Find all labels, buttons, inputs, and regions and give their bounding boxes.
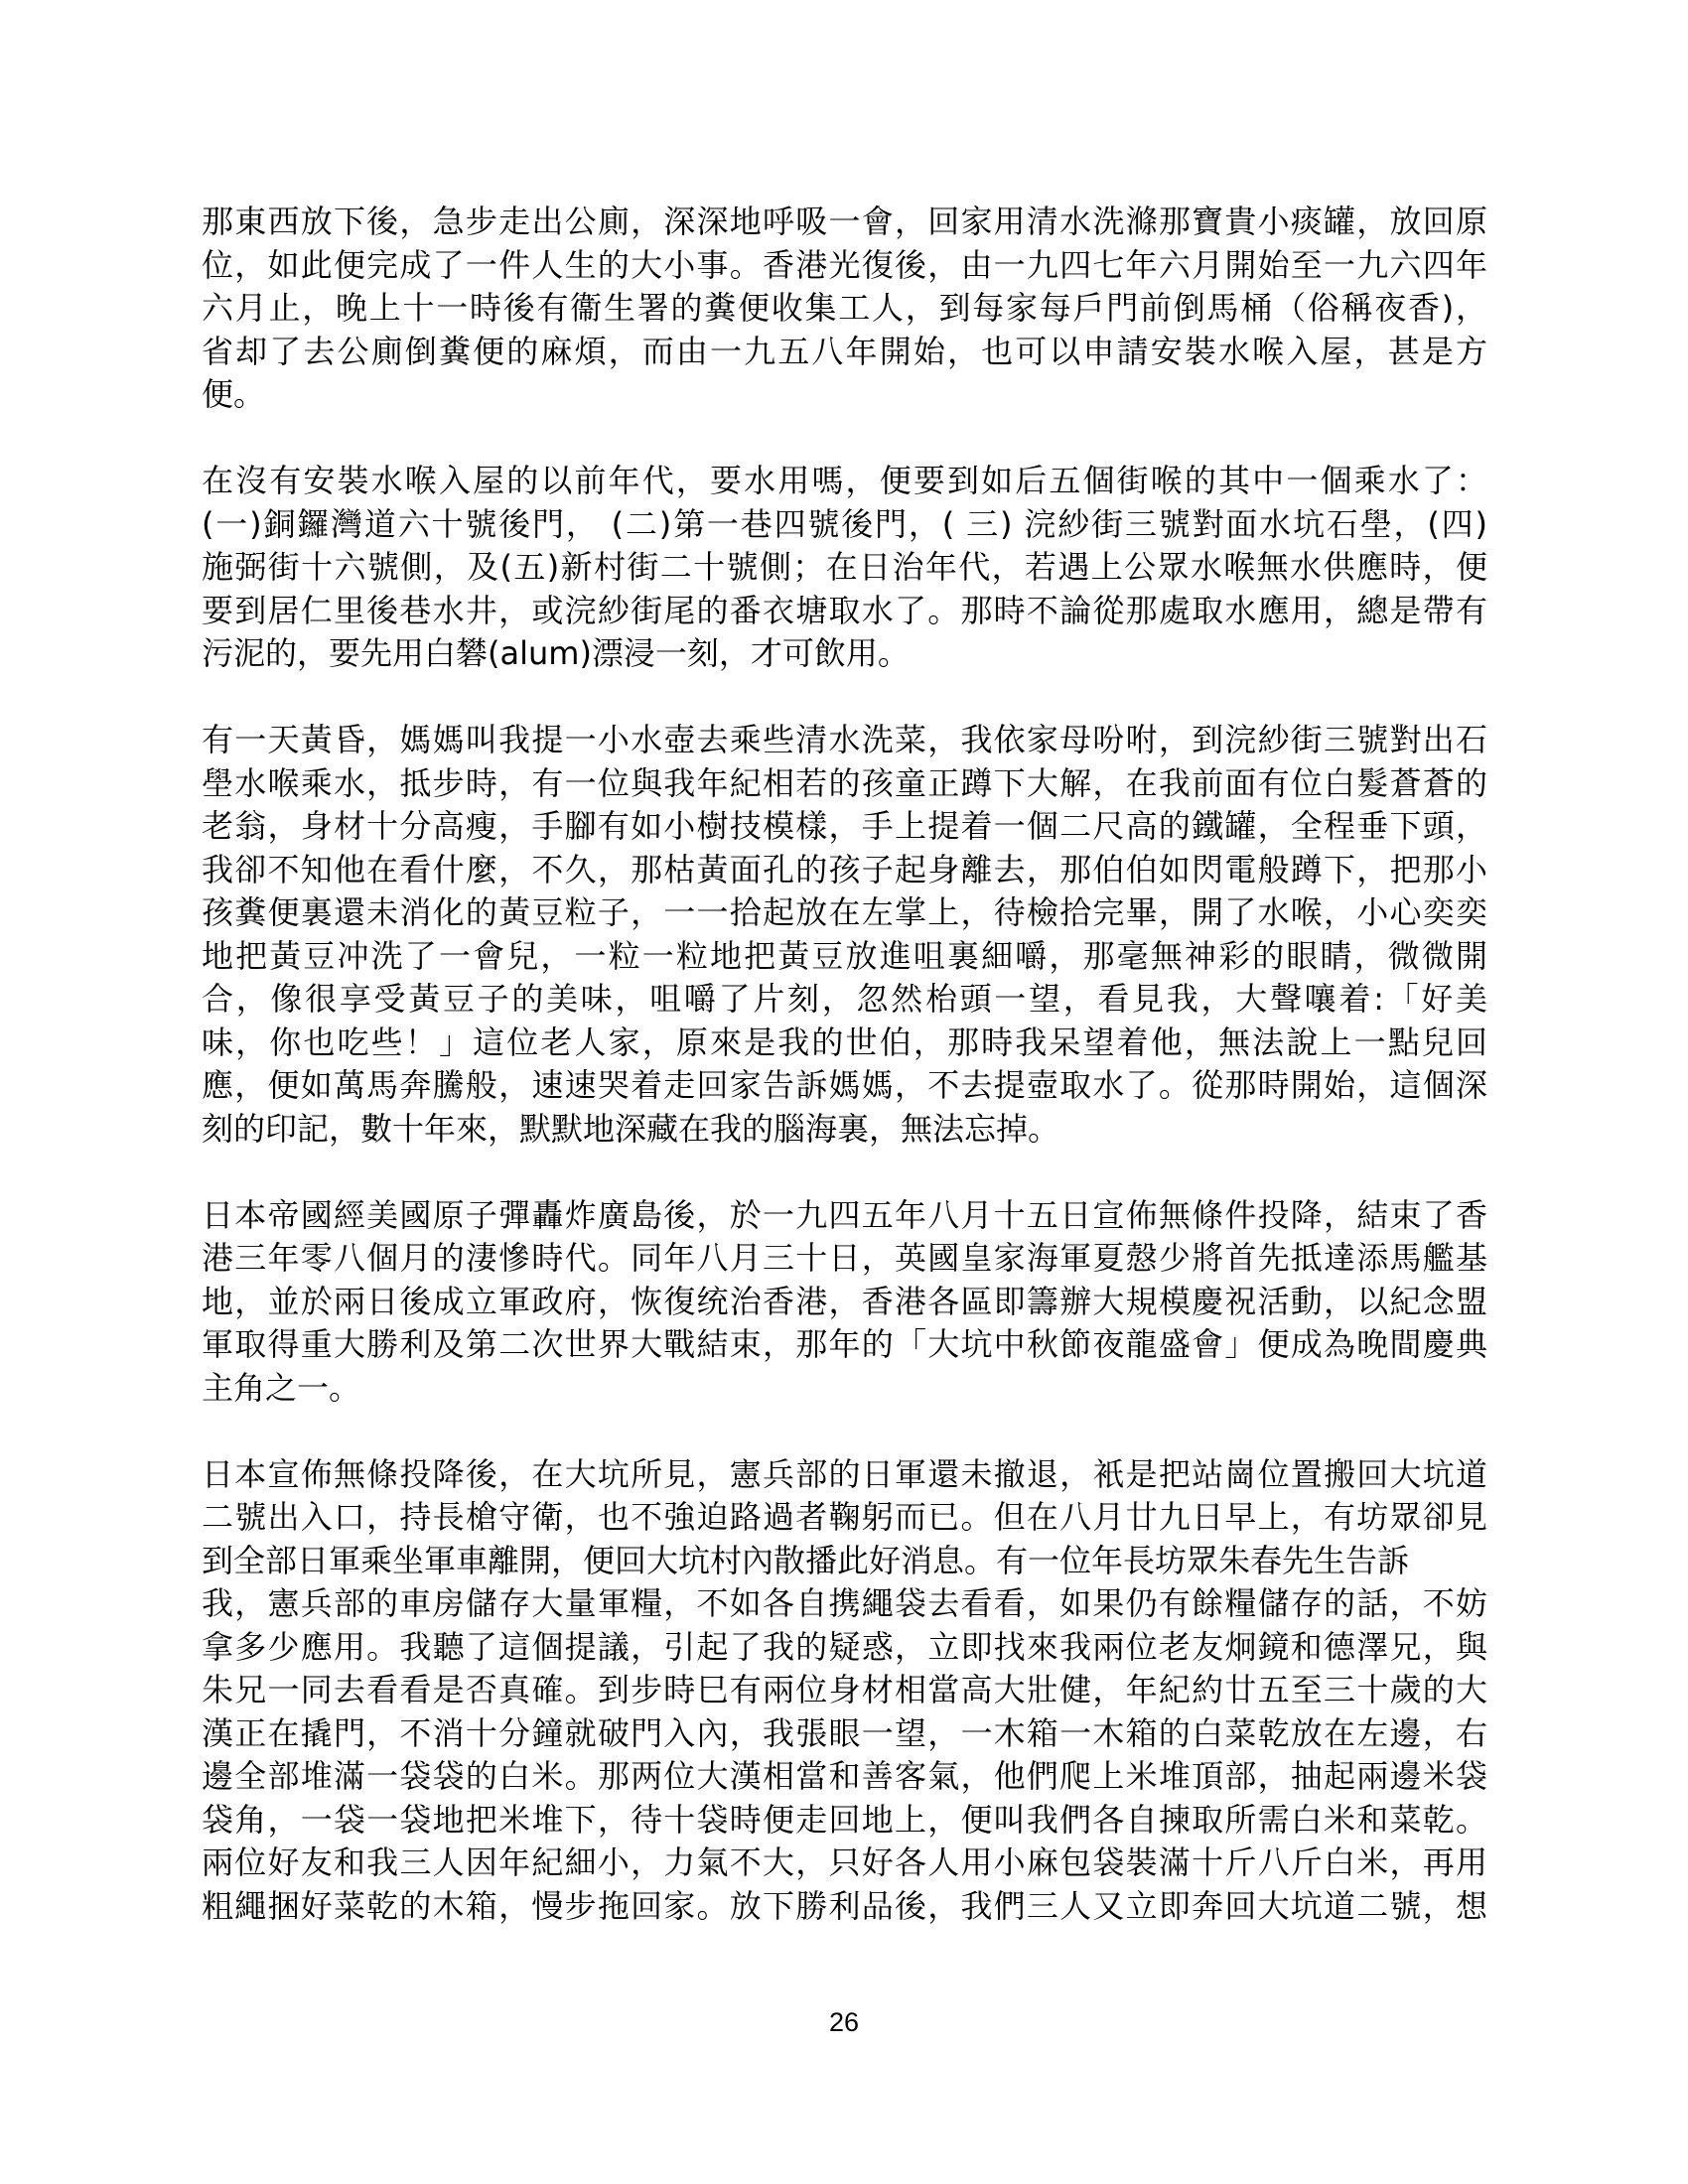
text-line: 日本宣佈無條投降後，在大坑所見，憲兵部的日軍還未撤退，衹是把站崗位置搬回大坑道 [202, 1453, 1487, 1497]
body-text: 那東西放下後，急步走出公廁，深深地呼吸一會，回家用清水洗滌那寶貴小痰罐，放回原 … [202, 201, 1487, 1972]
text-line: 六月止，晚上十一時後有衞生署的糞便收集工人，到每家每戶門前倒馬桶（俗稱夜香)， [202, 287, 1487, 331]
text-line: 兩位好友和我三人因年紀細小，力氣不大，只好各人用小麻包袋裝滿十斤八斤白米，再用 [202, 1842, 1487, 1885]
text-line: 應，便如萬馬奔騰般，速速哭着走回家告訴媽媽，不去提壺取水了。從那時開始，這個深 [202, 1064, 1487, 1108]
document-page: 那東西放下後，急步走出公廁，深深地呼吸一會，回家用清水洗滌那寶貴小痰罐，放回原 … [0, 0, 1688, 2184]
text-line: 港三年零八個月的淒慘時代。同年八月三十日，英國皇家海軍夏慤少將首先抵達添馬艦基 [202, 1237, 1487, 1281]
text-line: 便。 [202, 373, 1487, 417]
text-line: 味，你也吃些！」這位老人家，原來是我的世伯，那時我呆望着他，無法說上一點兒回 [202, 1022, 1487, 1065]
text-line: 省却了去公廁倒糞便的麻煩，而由一九五八年開始，也可以申請安裝水喉入屋，甚是方 [202, 331, 1487, 374]
text-line: (一)銅鑼灣道六十號後門， (二)第一巷四號後門，( 三) 浣紗街三號對面水坑石… [202, 503, 1487, 547]
text-line: 邊全部堆滿一袋袋的白米。那两位大漢相當和善客氣，他們爬上米堆頂部，抽起兩邊米袋 [202, 1755, 1487, 1799]
text-line: 有一天黃昏，媽媽叫我提一小水壺去乘些清水洗菜，我依家母吩咐，到浣紗街三號對出石 [202, 719, 1487, 762]
text-line: 二號出入口，持長槍守衛，也不強迫路過者鞠躬而已。但在八月廿九日早上，有坊眾卻見 [202, 1496, 1487, 1540]
text-line: 要到居仁里後巷水井，或浣紗街尾的番衣塘取水了。那時不論從那處取水應用，總是帶有 [202, 590, 1487, 633]
text-line: 軍取得重大勝利及第二次世界大戰結束，那年的「大坑中秋節夜龍盛會」便成為晚間慶典 [202, 1323, 1487, 1367]
text-line: 壆水喉乘水，抵步時，有一位與我年紀相若的孩童正蹲下大解，在我前面有位白髮蒼蒼的 [202, 762, 1487, 806]
text-line: 污泥的，要先用白礬(alum)漂浸一刻，才可飲用。 [202, 632, 1487, 676]
paragraph-4: 日本帝國經美國原子彈轟炸廣島後，於一九四五年八月十五日宣佈無條件投降，結束了香 … [202, 1194, 1487, 1411]
text-line: 我，憲兵部的車房儲存大量軍糧，不如各自携繩袋去看看，如果仍有餘糧儲存的話，不妨 [202, 1582, 1487, 1626]
text-line: 到全部日軍乘坐軍車離開，便回大坑村內散播此好消息。有一位年長坊眾朱春先生告訴 [202, 1540, 1487, 1583]
text-line: 主角之一。 [202, 1367, 1487, 1411]
paragraph-5: 日本宣佈無條投降後，在大坑所見，憲兵部的日軍還未撤退，衹是把站崗位置搬回大坑道 … [202, 1453, 1487, 1929]
text-line: 朱兄一同去看看是否真確。到步時巳有兩位身材相當高大壯健，年紀約廿五至三十歲的大 [202, 1669, 1487, 1712]
text-line: 袋角，一袋一袋地把米堆下，待十袋時便走回地上，便叫我們各自揀取所需白米和菜乾。 [202, 1799, 1487, 1843]
text-line: 老翁，身材十分高瘦，手腳有如小樹技模樣，手上提着一個二尺高的鐵罐，全程垂下頭， [202, 805, 1487, 849]
text-line: 孩糞便裏還未消化的黃豆粒子，一一拾起放在左掌上，待檢拾完畢，開了水喉，小心奕奕 [202, 891, 1487, 935]
page-number: 26 [0, 2007, 1688, 2038]
text-line: 在沒有安裝水喉入屋的以前年代，要水用嗎，便要到如后五個街喉的其中一個乘水了： [202, 460, 1487, 503]
text-line: 位，如此便完成了一件人生的大小事。香港光復後，由一九四七年六月開始至一九六四年 [202, 244, 1487, 288]
text-line: 漢正在撬門，不消十分鐘就破門入內，我張眼一望，一木箱一木箱的白菜乾放在左邊，右 [202, 1712, 1487, 1756]
text-line: 地，並於兩日後成立軍政府，恢復统治香港，香港各區即籌辦大規模慶祝活動，以紀念盟 [202, 1281, 1487, 1324]
paragraph-2: 在沒有安裝水喉入屋的以前年代，要水用嗎，便要到如后五個街喉的其中一個乘水了： (… [202, 460, 1487, 676]
paragraph-3: 有一天黃昏，媽媽叫我提一小水壺去乘些清水洗菜，我依家母吩咐，到浣紗街三號對出石 … [202, 719, 1487, 1151]
text-line: 刻的印記，數十年來，默默地深藏在我的腦海裏，無法忘掉。 [202, 1108, 1487, 1152]
text-line: 地把黃豆冲洗了一會兒，一粒一粒地把黃豆放進咀裏細嚼，那毫無神彩的眼睛，微微開 [202, 935, 1487, 979]
text-line: 施弼街十六號側，及(五)新村街二十號側；在日治年代，若遇上公眾水喉無水供應時，便 [202, 546, 1487, 590]
text-line: 日本帝國經美國原子彈轟炸廣島後，於一九四五年八月十五日宣佈無條件投降，結束了香 [202, 1194, 1487, 1238]
text-line: 我卻不知他在看什麼，不久，那枯黃面孔的孩子起身離去，那伯伯如閃電般蹲下，把那小 [202, 849, 1487, 892]
text-line: 拿多少應用。我聽了這個提議，引起了我的疑惑，立即找來我兩位老友炯鏡和德澤兄，與 [202, 1626, 1487, 1670]
text-line: 粗繩捆好菜乾的木箱，慢步拖回家。放下勝利品後，我們三人又立即奔回大坑道二號，想 [202, 1885, 1487, 1929]
text-line: 合，像很享受黃豆子的美味，咀嚼了片刻，忽然枱頭一望，看見我，大聲嚷着:「好美 [202, 978, 1487, 1022]
paragraph-1: 那東西放下後，急步走出公廁，深深地呼吸一會，回家用清水洗滌那寶貴小痰罐，放回原 … [202, 201, 1487, 417]
text-line: 那東西放下後，急步走出公廁，深深地呼吸一會，回家用清水洗滌那寶貴小痰罐，放回原 [202, 201, 1487, 244]
